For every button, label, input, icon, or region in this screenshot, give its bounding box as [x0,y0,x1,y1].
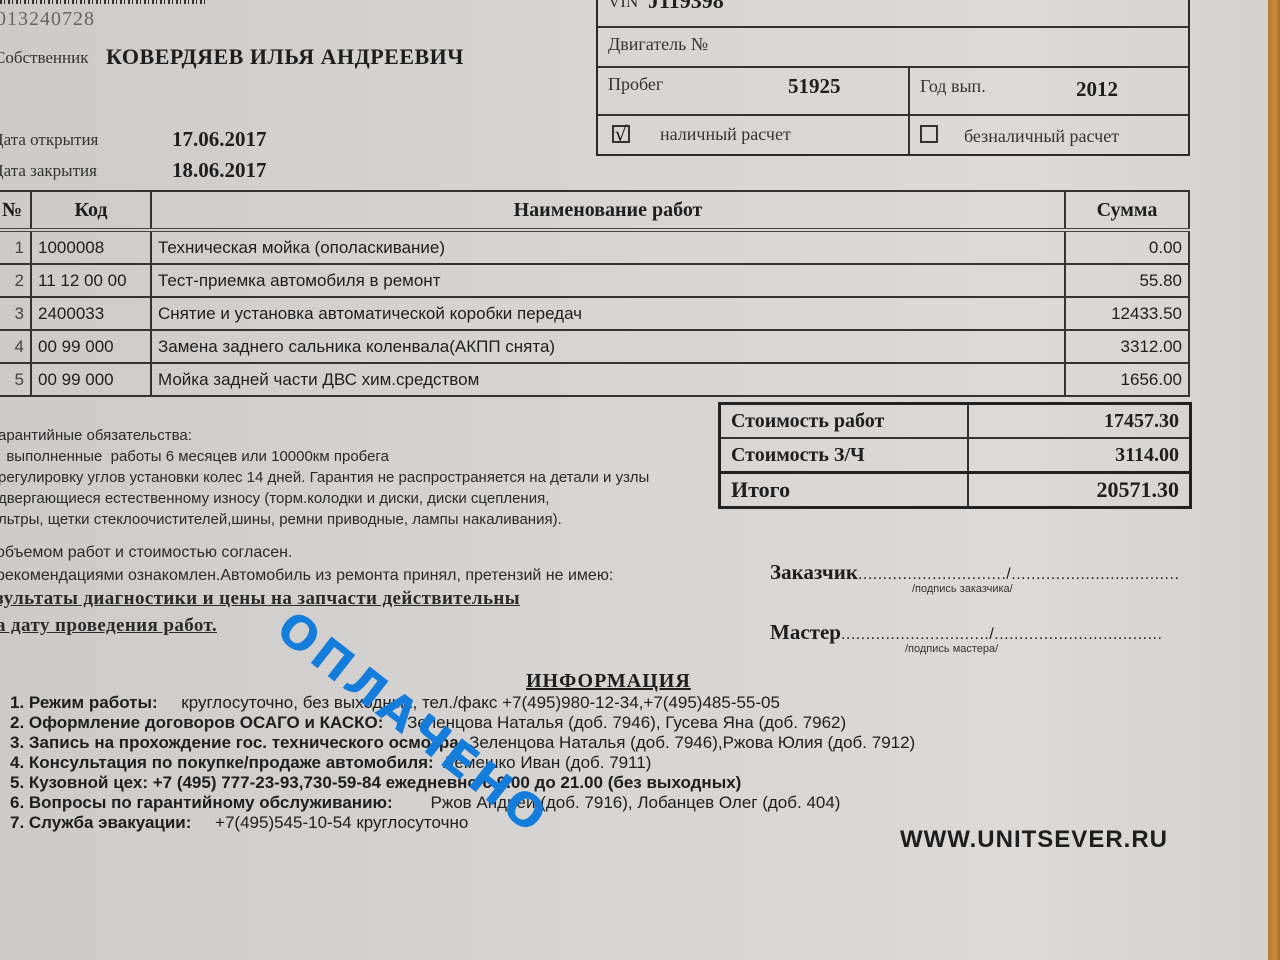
vin-value: J119398 [648,0,724,14]
close-date: 18.06.2017 [172,158,267,183]
works-cost-value: 17457.30 [968,404,1191,439]
document-number: 013240728 [0,8,95,31]
info-item-value: +7(495)545-10-54 круглосуточно [191,813,468,832]
master-signature-label: Мастер [770,620,841,644]
works-table: № Код Наименование работ Сумма 11000008Т… [0,190,1190,397]
row-name: Техническая мойка (ополаскивание) [151,230,1065,264]
vin-row: VIN J119398 [598,0,1188,28]
customer-signature-label: Заказчик [770,560,858,584]
year-label: Год вып. [920,76,986,97]
info-item-key: 6. Вопросы по гарантийному обслуживанию: [10,793,393,812]
table-row: 500 99 000Мойка задней части ДВС хим.сре… [0,363,1189,396]
row-code: 00 99 000 [31,363,151,396]
warranty-line: выполненные работы 6 месяцев или 10000км… [0,446,649,467]
year-value: 2012 [1076,77,1118,102]
row-sum: 55.80 [1065,264,1189,297]
works-cost-row: Стоимость работ 17457.30 [720,404,1191,439]
warranty-line: двергающиеся естественному износу (торм.… [0,488,649,509]
grand-total-row: Итого 20571.30 [720,473,1191,508]
cash-payment-checkbox[interactable]: √ [612,125,630,143]
works-table-header: № Код Наименование работ Сумма [0,191,1189,230]
info-item-key: 4. Консультация по покупке/продаже автом… [10,753,434,772]
row-sum: 0.00 [1065,230,1189,264]
row-name: Тест-приемка автомобиля в ремонт [151,264,1065,297]
open-date-label: Дата открытия [0,130,98,150]
col-code: Код [31,191,151,230]
totals-table: Стоимость работ 17457.30 Стоимость З/Ч 3… [718,402,1192,509]
row-number: 3 [0,297,31,330]
parts-cost-label: Стоимость З/Ч [720,438,969,473]
row-name: Снятие и установка автоматической коробк… [151,297,1065,330]
owner-label: Собственник [0,48,89,68]
website-link[interactable]: WWW.UNITSEVER.RU [900,826,1168,854]
row-sum: 1656.00 [1065,363,1189,396]
info-item: 7. Служба эвакуации: +7(495)545-10-54 кр… [10,813,915,833]
warranty-line: регулировку углов установки колес 14 дне… [0,467,649,488]
info-title: ИНФОРМАЦИЯ [526,670,691,693]
table-row: 211 12 00 00Тест-приемка автомобиля в ре… [0,264,1189,297]
vehicle-column-divider [908,66,910,154]
table-surface [1268,0,1280,960]
warranty-text: арантийные обязательства: выполненные ра… [0,425,649,530]
mileage-label: Пробег [608,74,663,95]
acceptance-line: объемом работ и стоимостью согласен. [0,541,613,564]
grand-total-value: 20571.30 [968,473,1191,508]
master-signature-line: Мастер............................../...… [770,620,1162,645]
cashless-payment-checkbox[interactable] [920,125,938,143]
row-code: 11 12 00 00 [31,264,151,297]
works-cost-label: Стоимость работ [720,404,969,439]
barcode [0,0,205,4]
row-number: 1 [0,230,31,264]
owner-name: КОВЕРДЯЕВ ИЛЬЯ АНДРЕЕВИЧ [106,44,464,70]
col-sum: Сумма [1065,191,1189,230]
vehicle-info-box: VIN J119398 Двигатель № Пробег 51925 Год… [596,0,1190,156]
info-item-key: 7. Служба эвакуации: [10,813,191,832]
grand-total-label: Итого [720,473,969,508]
info-item-value: Зеленцова Наталья (доб. 7946),Ржова Юлия… [464,733,915,752]
cash-payment-label: наличный расчет [660,124,791,145]
customer-signature-line: Заказчик............................../.… [770,560,1179,585]
row-number: 5 [0,363,31,396]
acceptance-line: рекомендациями ознакомлен.Автомобиль из … [0,564,613,587]
master-signature-field[interactable]: .............................. [841,626,989,643]
mileage-year-row: Пробег 51925 Год вып. 2012 [598,68,1188,116]
warranty-line: льтры, щетки стеклоочистителей,шины, рем… [0,509,649,530]
customer-name-field[interactable]: /.................................. [1006,566,1179,583]
table-row: 32400033Снятие и установка автоматическо… [0,297,1189,330]
customer-signature-field[interactable]: .............................. [858,566,1006,583]
engine-row: Двигатель № [598,28,1188,68]
row-code: 1000008 [31,230,151,264]
row-code: 00 99 000 [31,330,151,363]
info-item-key: 5. Кузовной цех: +7 (495) 777-23-93,730-… [10,773,741,792]
row-sum: 3312.00 [1065,330,1189,363]
open-date: 17.06.2017 [172,127,267,152]
col-number: № [0,191,31,230]
table-row: 11000008Техническая мойка (ополаскивание… [0,230,1189,264]
parts-cost-value: 3114.00 [968,438,1191,473]
master-name-field[interactable]: /.................................. [989,626,1162,643]
info-item-value: Ржов Андрей (доб. 7916), Лобанцев Олег (… [393,793,841,812]
row-sum: 12433.50 [1065,297,1189,330]
row-number: 4 [0,330,31,363]
info-item-key: 1. Режим работы: [10,693,158,712]
row-code: 2400033 [31,297,151,330]
row-number: 2 [0,264,31,297]
engine-label: Двигатель № [608,34,708,55]
col-name: Наименование работ [151,191,1065,230]
info-item: 1. Режим работы: круглосуточно, без выхо… [10,693,915,713]
row-name: Замена заднего сальника коленвала(АКПП с… [151,330,1065,363]
info-item-value: круглосуточно, без выходных, тел./факс +… [158,693,780,712]
close-date-label: Дата закрытия [0,161,97,181]
parts-cost-row: Стоимость З/Ч 3114.00 [720,438,1191,473]
warranty-line: арантийные обязательства: [0,425,649,446]
row-name: Мойка задней части ДВС хим.средством [151,363,1065,396]
cashless-payment-label: безналичный расчет [964,126,1119,147]
mileage-value: 51925 [788,74,841,99]
master-signature-hint: /подпись мастера/ [905,643,998,655]
customer-signature-hint: /подпись заказчика/ [912,583,1013,595]
table-row: 400 99 000Замена заднего сальника коленв… [0,330,1189,363]
vin-label: VIN [608,0,638,12]
info-item-key: 2. Оформление договоров ОСАГО и КАСКО: [10,713,383,732]
